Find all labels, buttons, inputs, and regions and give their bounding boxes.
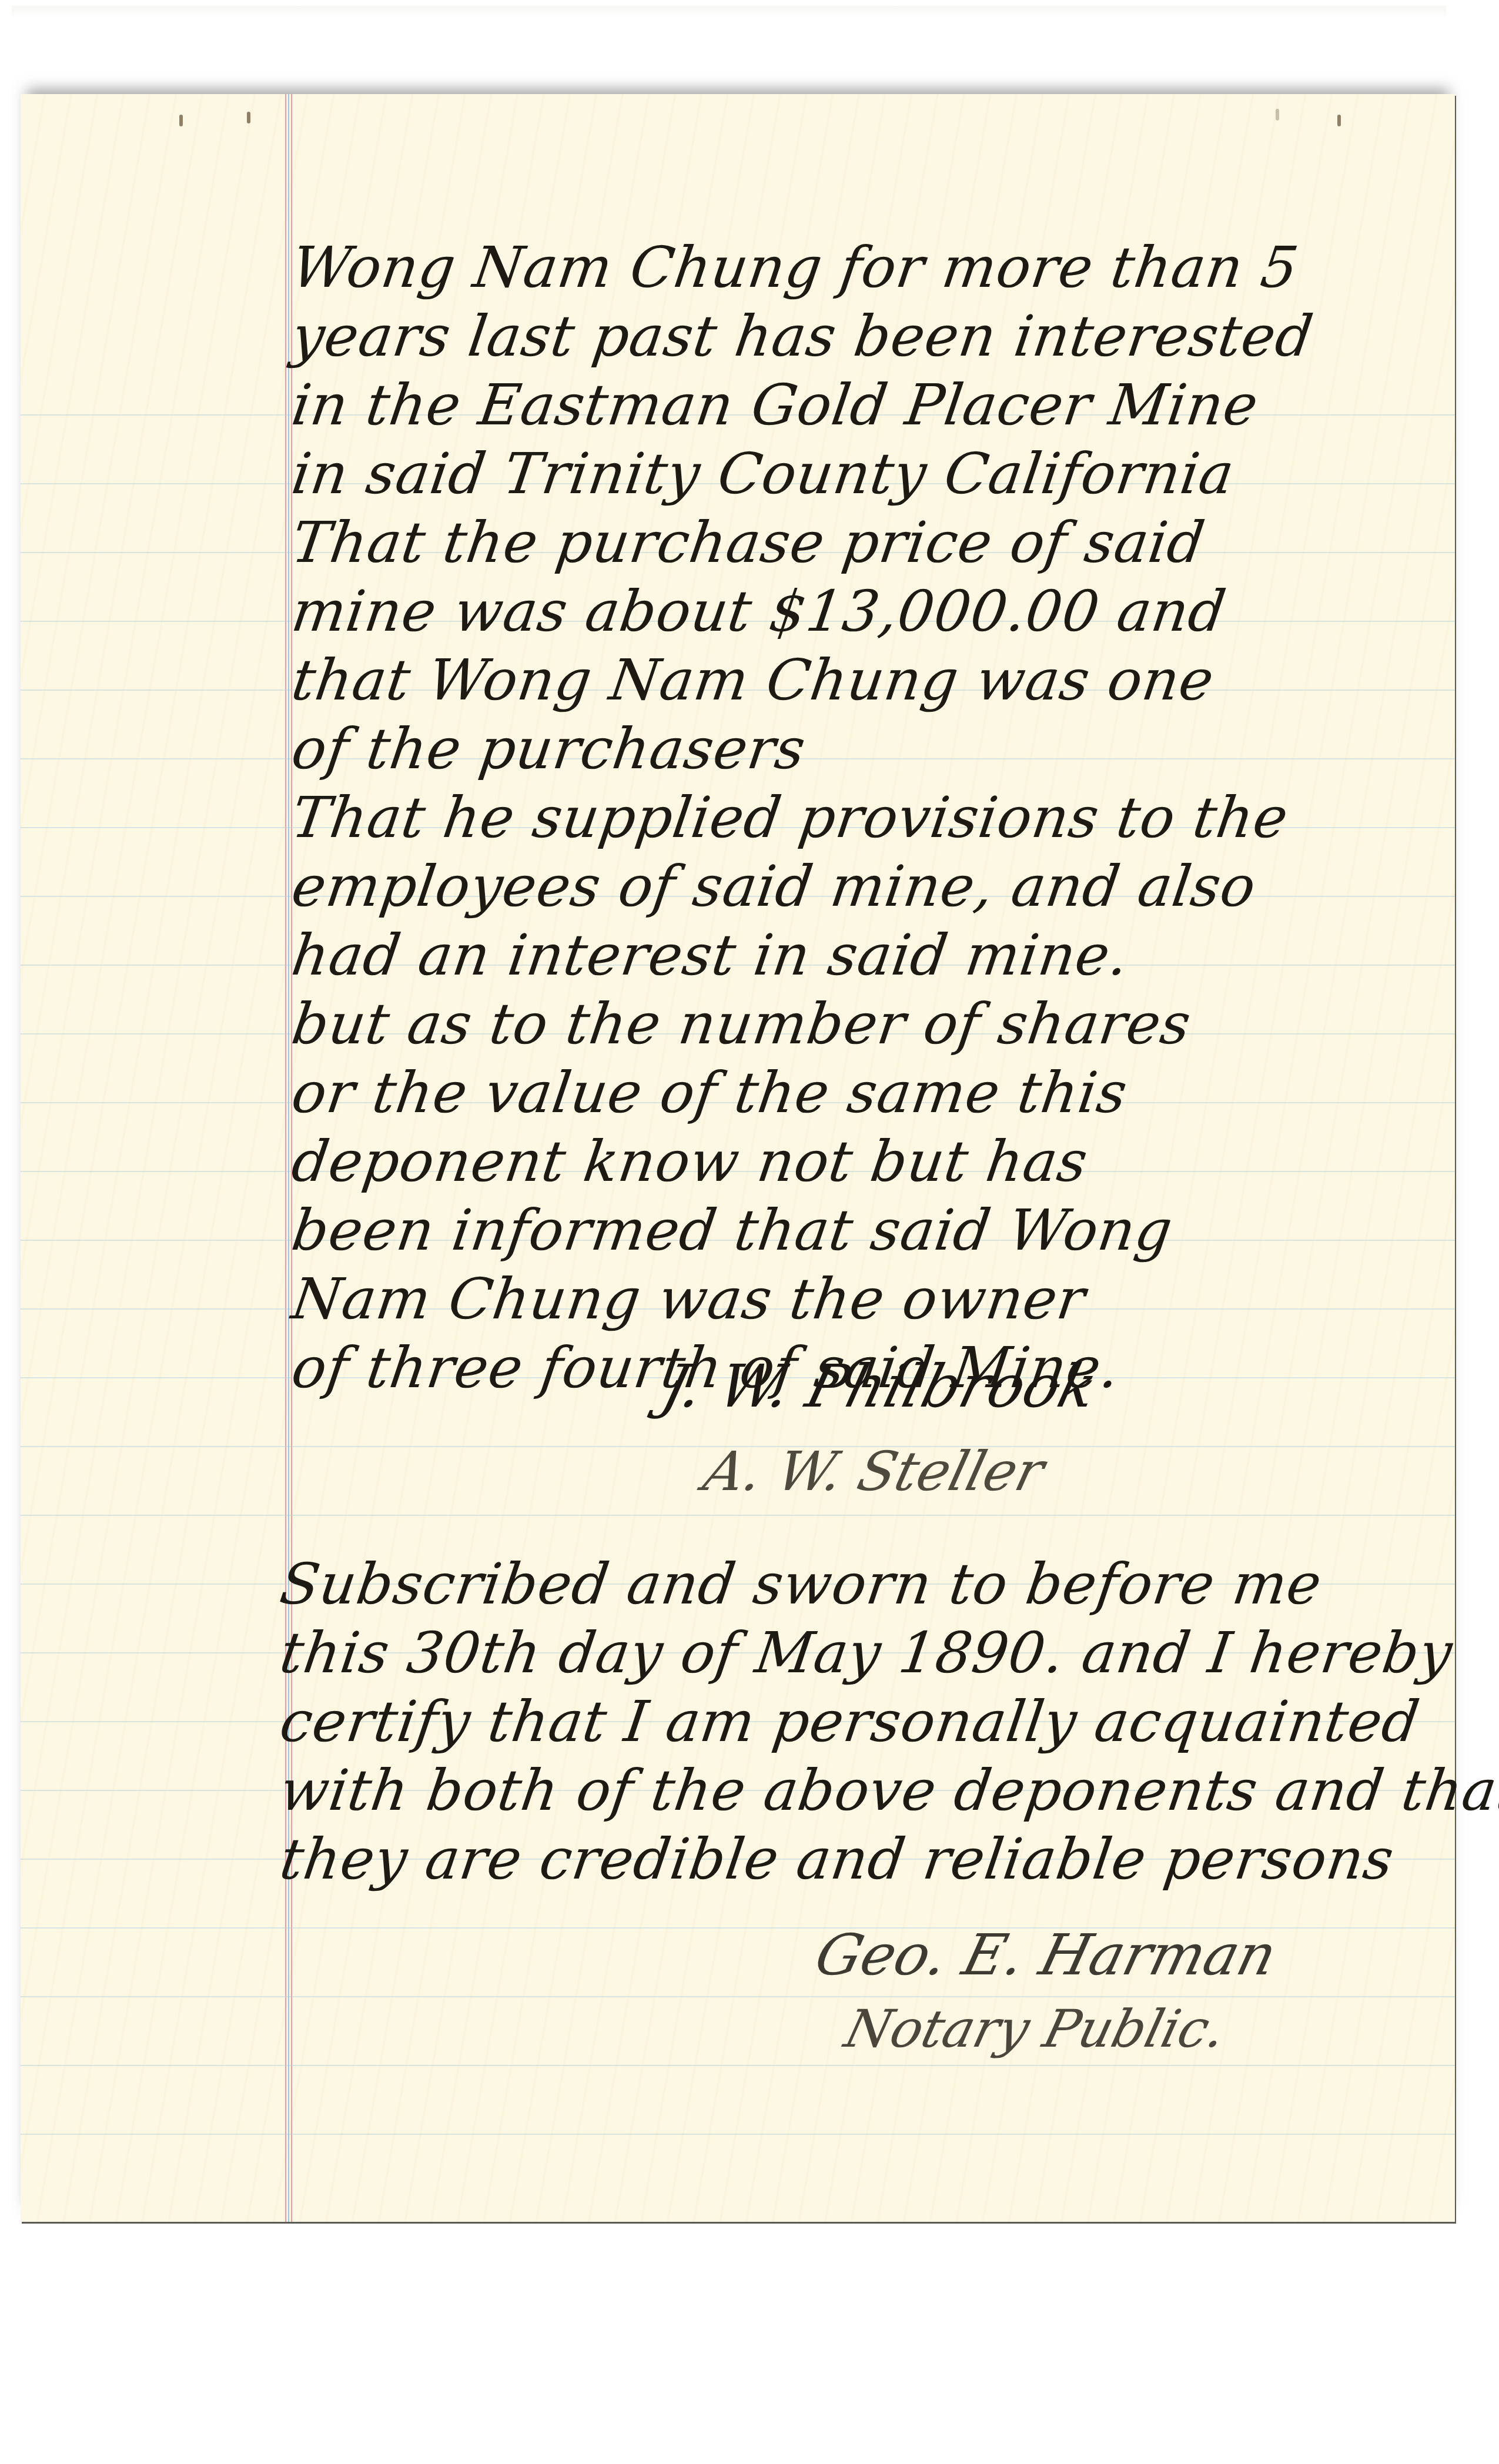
body-line: in said Trinity County California xyxy=(288,441,1414,506)
body-line: in the Eastman Gold Placer Mine xyxy=(288,373,1414,437)
signature-steller: A. W. Steller xyxy=(698,1440,1050,1503)
body-line: or the value of the same this xyxy=(288,1060,1414,1125)
body-line: of the purchasers xyxy=(288,717,1414,781)
body-line: but as to the number of shares xyxy=(288,992,1414,1056)
jurat-line: certify that I am personally acquainted xyxy=(276,1689,1402,1754)
body-line: deponent know not but has xyxy=(288,1129,1414,1194)
jurat-line: Subscribed and sworn to before me xyxy=(276,1552,1402,1616)
body-line: That the purchase price of said xyxy=(288,510,1414,575)
jurat-line: this 30th day of May 1890. and I hereby xyxy=(276,1621,1402,1685)
notary-title: Notary Public. xyxy=(839,1998,1232,2059)
body-line: had an interest in said mine. xyxy=(288,923,1414,987)
body-line: mine was about $13,000.00 and xyxy=(288,579,1414,644)
body-line: that Wong Nam Chung was one xyxy=(288,648,1414,712)
jurat-line: with both of the above deponents and tha… xyxy=(276,1758,1402,1823)
body-line: years last past has been interested xyxy=(288,304,1414,369)
body-line: That he supplied provisions to the xyxy=(288,785,1414,850)
jurat-line: they are credible and reliable persons xyxy=(276,1827,1402,1891)
body-line: Nam Chung was the owner xyxy=(288,1267,1414,1331)
body-line: employees of said mine, and also xyxy=(288,854,1414,919)
body-line: been informed that said Wong xyxy=(288,1198,1414,1263)
notary-signature: Geo. E. Harman xyxy=(809,1922,1283,1988)
signature-philbrook: J. W. Philbrook xyxy=(655,1352,1103,1421)
affidavit-text: Wong Nam Chung for more than 5 years las… xyxy=(0,0,1499,2464)
body-line: Wong Nam Chung for more than 5 xyxy=(288,235,1414,300)
